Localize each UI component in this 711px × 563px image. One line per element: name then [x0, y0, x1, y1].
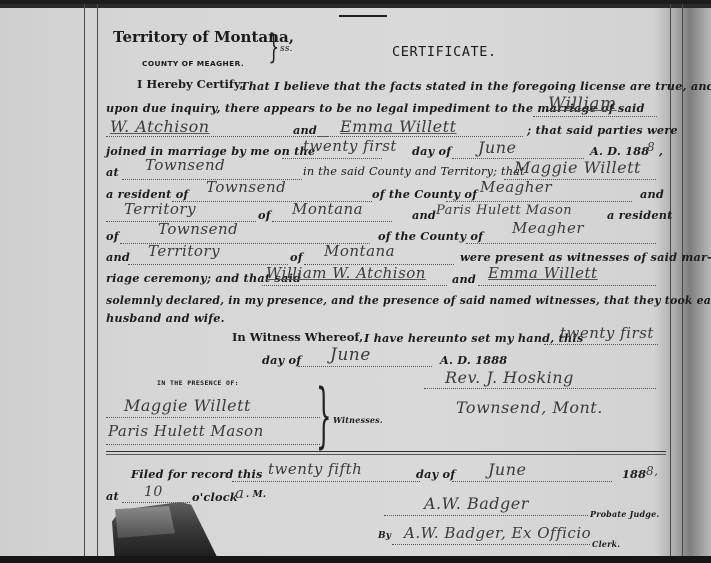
header-rule — [339, 15, 387, 17]
line-1-text: That I believe that the facts stated in … — [240, 79, 711, 93]
marriage-month: June — [478, 138, 517, 157]
dotted-rule — [452, 481, 612, 482]
resident-of-label: a resident of — [106, 187, 189, 201]
dotted-rule — [262, 285, 447, 286]
dotted-rule — [446, 201, 632, 202]
certificate-title: CERTIFICATE. — [392, 44, 497, 60]
witnesses-brace: } — [316, 374, 332, 456]
bride-full-name: Emma Willett — [488, 264, 598, 282]
groom-last-name: W. Atchison — [110, 117, 210, 136]
dotted-rule — [392, 544, 590, 545]
in-the-presence-of-label: IN THE PRESENCE OF: — [157, 379, 239, 387]
bottom-edge — [0, 556, 711, 563]
clerk-title: Clerk. — [592, 539, 620, 549]
witness-2-residence: Townsend — [158, 220, 238, 238]
probate-judge-title: Probate Judge. — [590, 509, 659, 519]
witness-1-county: Meagher — [480, 178, 552, 196]
county-heading: COUNTY OF MEAGHER. — [142, 59, 244, 68]
divider-rule — [106, 454, 666, 455]
margin-line-left-inner — [97, 4, 98, 556]
marriage-place: Townsend — [145, 156, 225, 174]
in-witness-whereof: In Witness Whereof, — [232, 330, 363, 344]
signing-day: twenty first — [560, 324, 654, 342]
m-label: . M. — [246, 490, 266, 500]
marriage-year-digit: 8 — [647, 140, 655, 154]
filed-for-record-label: Filed for record this — [131, 467, 263, 481]
dotted-rule — [272, 221, 392, 222]
and-label: and — [452, 272, 476, 286]
at-label: at — [106, 489, 119, 503]
dotted-rule — [424, 388, 656, 389]
day-of-label: day of — [262, 353, 301, 367]
book-clip-tab — [115, 506, 175, 538]
probate-judge-signature: A.W. Badger — [424, 494, 529, 513]
dotted-rule — [544, 344, 658, 345]
dotted-rule — [232, 481, 420, 482]
groom-first-name: William — [548, 94, 617, 114]
signing-ad: A. D. 1888 — [440, 353, 507, 367]
of-label: of — [258, 208, 271, 222]
dotted-rule — [466, 243, 656, 244]
witness-1-territory: Territory — [124, 200, 196, 218]
officiant-location: Townsend, Mont. — [456, 398, 603, 417]
a-resident-label: a resident — [607, 208, 673, 222]
of-label: of — [106, 229, 119, 243]
witness-1-residence: Townsend — [206, 178, 286, 196]
filing-hour: 10 — [144, 484, 163, 500]
filing-year: 188 — [622, 467, 646, 481]
witness-1-name: Maggie Willett — [514, 158, 641, 177]
line-9-text: were present as witnesses of said mar- — [460, 250, 711, 264]
dotted-rule — [128, 264, 288, 265]
at-label: at — [106, 165, 119, 179]
hereby-certify: I Hereby Certify, — [137, 77, 243, 91]
header-brace: } — [268, 27, 279, 67]
dotted-rule — [384, 515, 588, 516]
filing-day: twenty fifth — [268, 460, 362, 478]
line-11-text: solemnly declared, in my presence, and t… — [106, 294, 711, 307]
filing-year-digit: 8, — [646, 464, 658, 478]
witness-clause-text: I have hereunto set my hand, this — [364, 331, 583, 345]
line-12-text: husband and wife. — [106, 311, 225, 325]
day-of-label: day of — [416, 467, 455, 481]
and-label: and — [106, 250, 130, 264]
dotted-rule — [298, 366, 432, 367]
presence-witness-2: Paris Hulett Mason — [108, 422, 264, 440]
county-of-label: of the County of — [372, 187, 477, 201]
comma: , — [659, 144, 663, 158]
top-edge — [0, 4, 711, 8]
signing-month: June — [330, 345, 371, 365]
territory-heading: Territory of Montana, — [113, 28, 294, 46]
dotted-rule — [106, 417, 320, 418]
day-of-label: day of — [412, 144, 451, 158]
divider-rule — [106, 451, 666, 452]
line-5-text: in the said County and Territory; that — [303, 165, 525, 178]
groom-full-name: William W. Atchison — [266, 264, 426, 282]
witness-2-state: Montana — [324, 242, 395, 260]
witnesses-label: Witnesses. — [333, 415, 383, 425]
filing-am-pm: a — [235, 484, 244, 502]
marriage-day: twenty first — [303, 137, 397, 155]
dotted-rule — [533, 116, 657, 117]
ss-label: ss. — [280, 44, 293, 54]
bride-name: Emma Willett — [340, 117, 457, 136]
ad-label: A. D. 188 — [590, 144, 649, 158]
and-label: and — [412, 208, 436, 222]
dotted-rule — [478, 285, 656, 286]
oclock-label: o'clock — [192, 490, 238, 504]
presence-witness-1: Maggie Willett — [124, 396, 251, 415]
by-label: By — [378, 531, 391, 541]
witness-2-county: Meagher — [512, 219, 584, 237]
witness-2-territory: Territory — [148, 242, 220, 260]
and-label: and — [293, 123, 317, 137]
filing-month: June — [488, 460, 527, 479]
margin-line-left-outer — [84, 4, 85, 556]
and-label: and — [640, 187, 664, 201]
line-3-text: ; that said parties were — [527, 123, 678, 137]
dotted-rule — [106, 444, 320, 445]
county-of-label: of the County of — [378, 229, 483, 243]
witness-2-name: Paris Hulett Mason — [436, 203, 572, 218]
witness-1-state: Montana — [292, 200, 363, 218]
dotted-rule — [282, 158, 382, 159]
of-label: of — [290, 250, 303, 264]
officiant-signature: Rev. J. Hosking — [445, 368, 574, 387]
document-page: Territory of Montana, COUNTY OF MEAGHER.… — [0, 4, 711, 556]
clerk-signature: A.W. Badger, Ex Officio — [404, 524, 591, 542]
